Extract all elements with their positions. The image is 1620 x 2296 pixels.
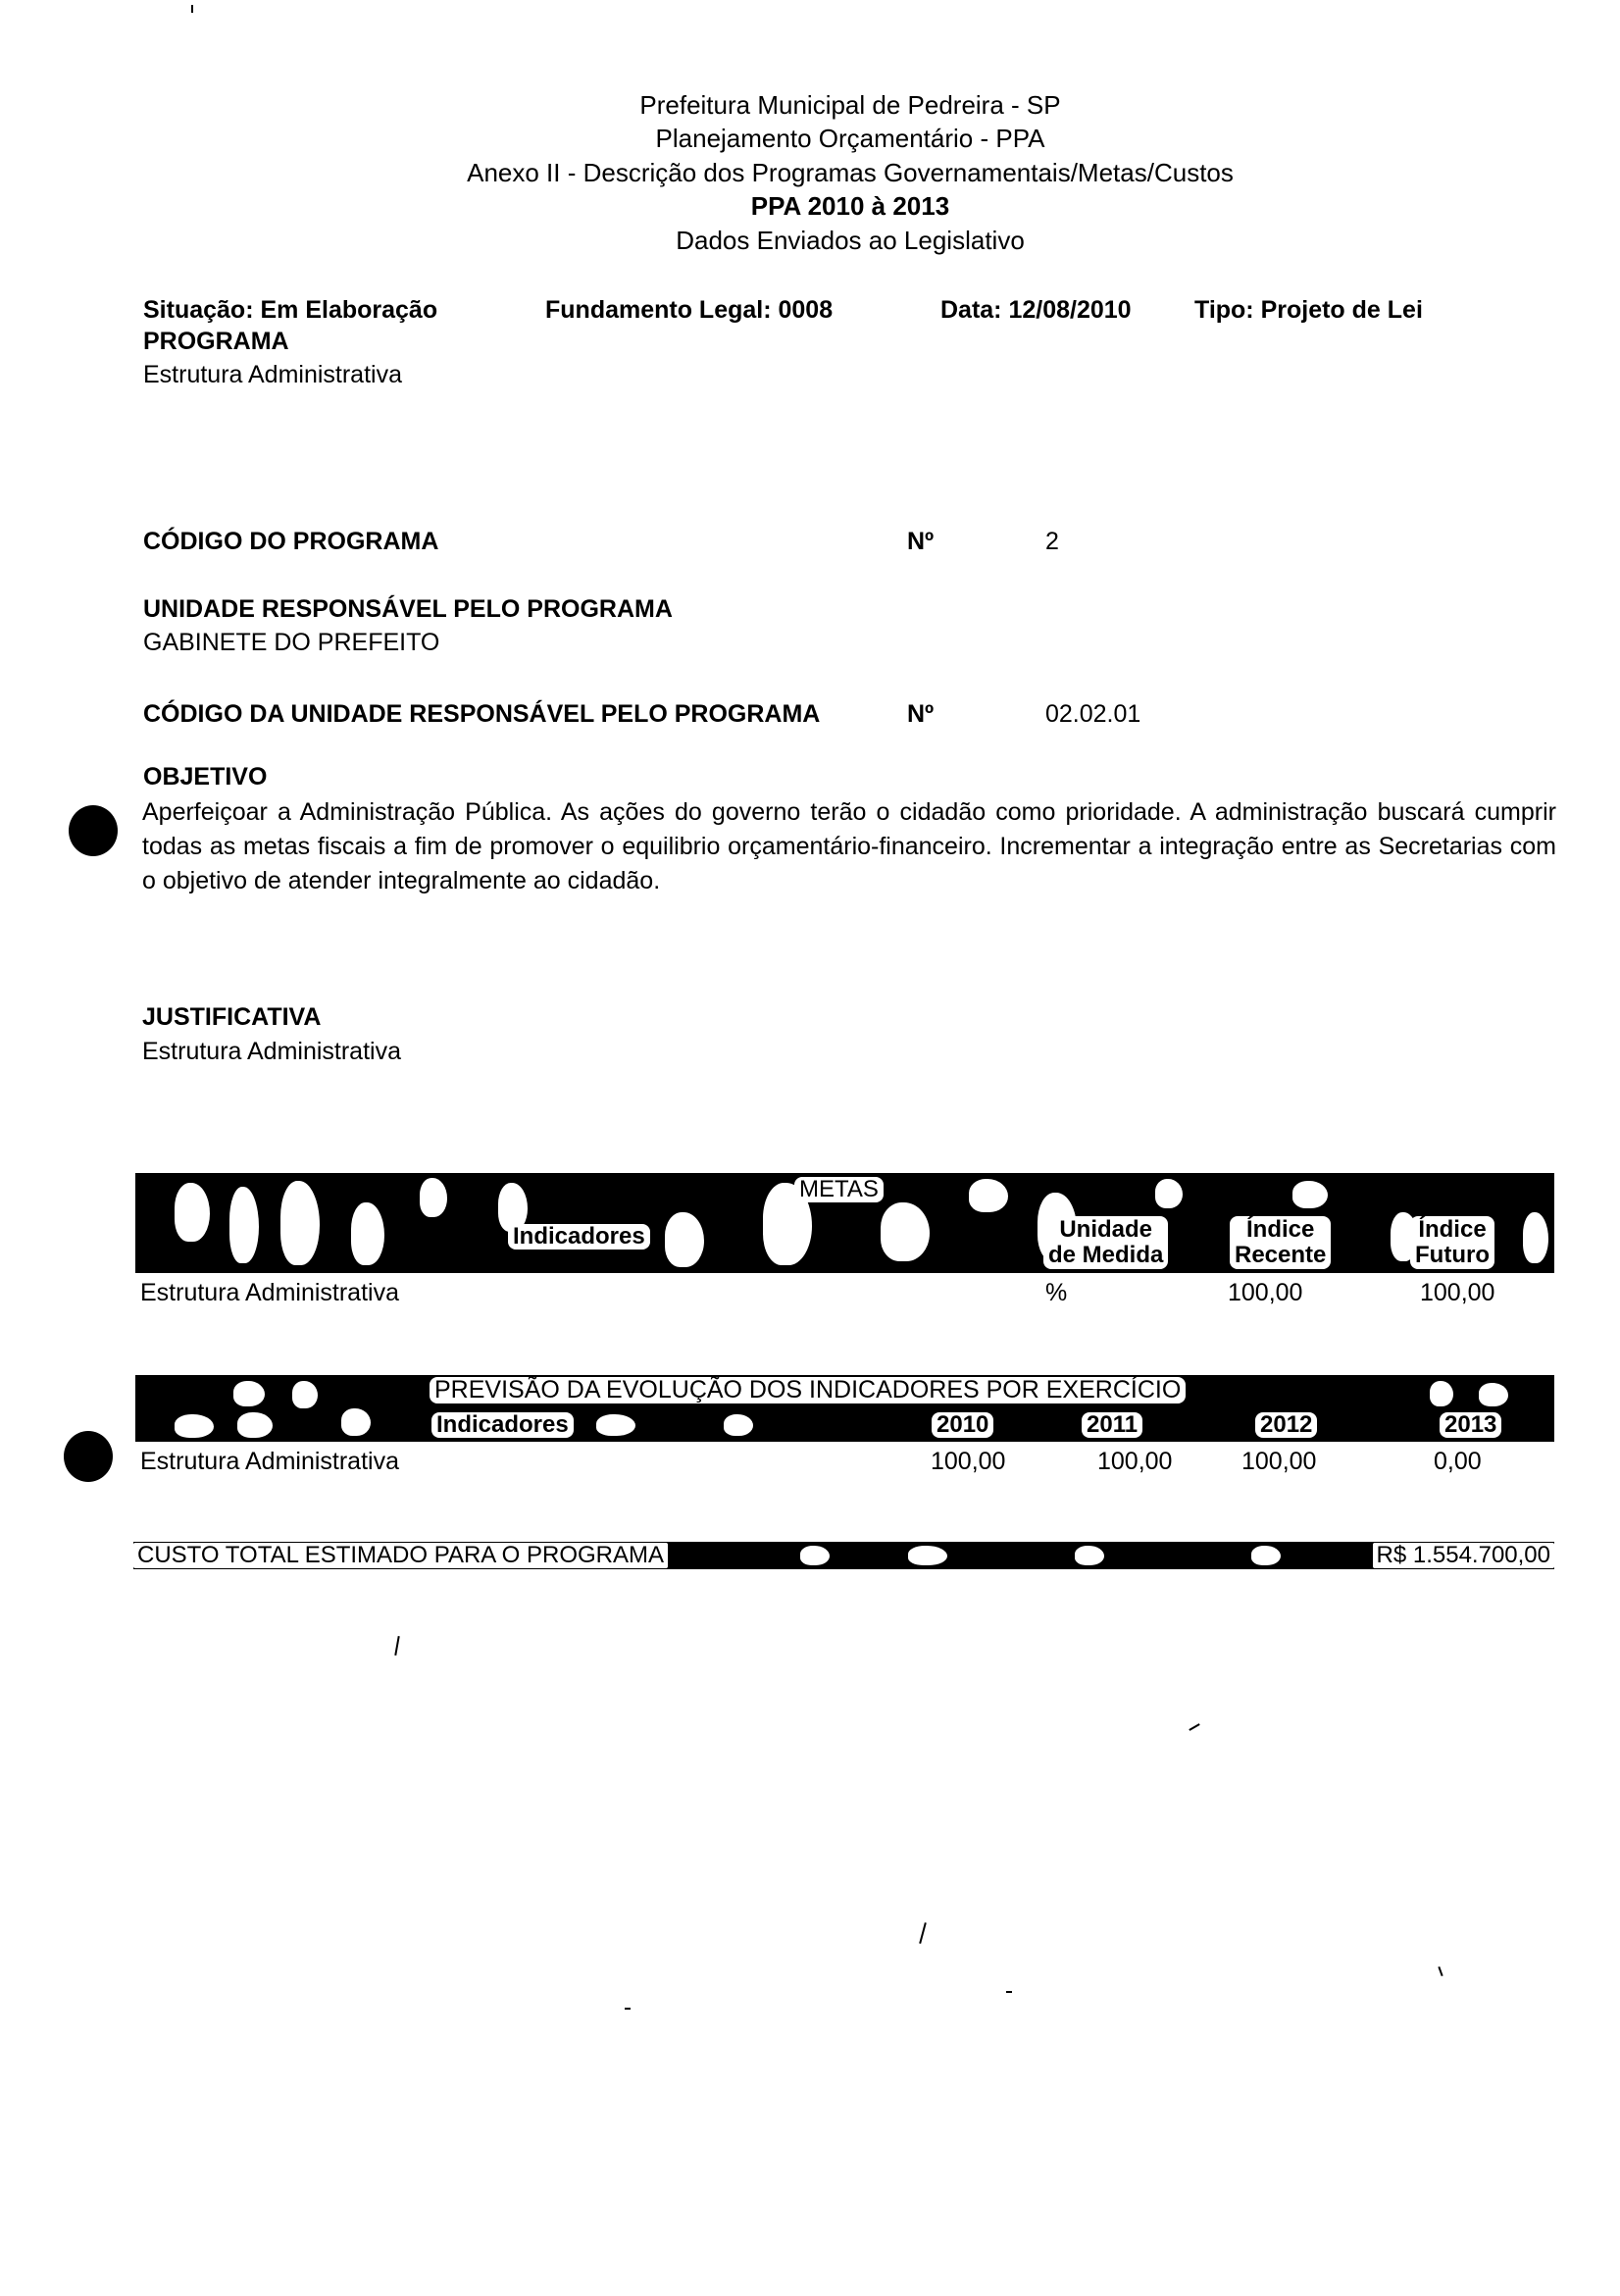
- header-sent-to-legislative: Dados Enviados ao Legislativo: [0, 228, 1620, 253]
- scan-blotch: [881, 1202, 930, 1261]
- codigo-unidade-value: 02.02.01: [1045, 702, 1140, 727]
- scan-speck: [1189, 1723, 1199, 1731]
- status-data: Data: 12/08/2010: [940, 298, 1132, 323]
- metas-header-bar: METAS Indicadores Unidade de Medida Índi…: [135, 1173, 1554, 1273]
- scan-blotch: [596, 1414, 635, 1436]
- previsao-col-2013: 2013: [1440, 1412, 1501, 1438]
- previsao-title: PREVISÃO DA EVOLUÇÃO DOS INDICADORES POR…: [430, 1377, 1186, 1403]
- metas-title: METAS: [794, 1177, 884, 1202]
- scan-speck: [1438, 1966, 1443, 1976]
- previsao-col-2011: 2011: [1082, 1412, 1142, 1438]
- header-ppa-period: PPA 2010 à 2013: [0, 193, 1620, 219]
- punch-hole-top: [69, 805, 118, 856]
- programa-value: Estrutura Administrativa: [143, 363, 402, 387]
- unidade-responsavel-value: GABINETE DO PREFEITO: [143, 631, 439, 655]
- codigo-unidade-label: CÓDIGO DA UNIDADE RESPONSÁVEL PELO PROGR…: [143, 702, 820, 727]
- scan-blotch: [800, 1546, 830, 1565]
- codigo-unidade-num-label: Nº: [907, 702, 934, 727]
- justificativa-label: JUSTIFICATIVA: [142, 1005, 321, 1030]
- justificativa-value: Estrutura Administrativa: [142, 1040, 401, 1064]
- scan-blotch: [1292, 1181, 1328, 1208]
- scan-blotch: [229, 1187, 259, 1263]
- scan-blotch: [175, 1183, 210, 1242]
- previsao-row-2012: 100,00: [1241, 1450, 1316, 1474]
- programa-label: PROGRAMA: [143, 330, 289, 354]
- scan-blotch: [1155, 1179, 1183, 1208]
- punch-hole-bottom: [64, 1431, 113, 1482]
- header-planning: Planejamento Orçamentário - PPA: [0, 126, 1620, 151]
- scan-speck: [625, 2008, 631, 2010]
- scan-blotch: [341, 1408, 371, 1436]
- metas-col-indicadores: Indicadores: [508, 1224, 650, 1250]
- previsao-col-2010: 2010: [932, 1412, 993, 1438]
- metas-row-indice-recente: 100,00: [1228, 1281, 1302, 1305]
- scan-blotch: [1430, 1381, 1453, 1406]
- status-tipo: Tipo: Projeto de Lei: [1194, 298, 1423, 323]
- previsao-col-indicadores: Indicadores: [431, 1412, 574, 1438]
- scan-blotch: [420, 1178, 447, 1217]
- scan-blotch: [1251, 1546, 1281, 1565]
- scan-blotch: [292, 1381, 318, 1408]
- previsao-row-2013: 0,00: [1434, 1450, 1482, 1474]
- scan-blotch: [1075, 1546, 1104, 1565]
- scan-blotch: [1523, 1212, 1548, 1263]
- unidade-responsavel-label: UNIDADE RESPONSÁVEL PELO PROGRAMA: [143, 597, 673, 622]
- objetivo-label: OBJETIVO: [143, 765, 267, 790]
- header-annex: Anexo II - Descrição dos Programas Gover…: [0, 160, 1620, 185]
- scan-blotch: [1479, 1383, 1508, 1406]
- custo-total-value: R$ 1.554.700,00: [1373, 1543, 1554, 1568]
- codigo-programa-label: CÓDIGO DO PROGRAMA: [143, 530, 438, 554]
- scan-blotch: [908, 1546, 947, 1565]
- scan-speck: [919, 1922, 927, 1944]
- status-fundamento-legal: Fundamento Legal: 0008: [545, 298, 833, 323]
- scan-speck: [394, 1636, 399, 1656]
- status-situacao: Situação: Em Elaboração: [143, 298, 437, 323]
- scan-blotch: [280, 1181, 320, 1265]
- custo-total-bar: CUSTO TOTAL ESTIMADO PARA O PROGRAMA R$ …: [133, 1542, 1554, 1569]
- scan-speck: [1006, 1991, 1012, 1993]
- scan-blotch: [175, 1414, 214, 1438]
- previsao-header-bar: PREVISÃO DA EVOLUÇÃO DOS INDICADORES POR…: [135, 1375, 1554, 1442]
- metas-col-indice-futuro: Índice Futuro: [1410, 1216, 1494, 1269]
- metas-row-indicador: Estrutura Administrativa: [140, 1281, 399, 1305]
- metas-col-unidade-medida: Unidade de Medida: [1043, 1216, 1168, 1269]
- scan-speck: [191, 5, 193, 13]
- objetivo-text: Aperfeiçoar a Administração Pública. As …: [142, 795, 1556, 898]
- scan-blotch: [351, 1202, 384, 1265]
- header-municipality: Prefeitura Municipal de Pedreira - SP: [0, 92, 1620, 118]
- previsao-row-indicador: Estrutura Administrativa: [140, 1450, 399, 1474]
- metas-row-unidade: %: [1045, 1281, 1067, 1305]
- codigo-programa-value: 2: [1045, 530, 1059, 554]
- previsao-row-2011: 100,00: [1097, 1450, 1172, 1474]
- scan-blotch: [969, 1179, 1008, 1212]
- previsao-col-2012: 2012: [1255, 1412, 1317, 1438]
- scan-blotch: [724, 1414, 753, 1436]
- scan-blotch: [665, 1212, 704, 1267]
- codigo-programa-num-label: Nº: [907, 530, 934, 554]
- custo-total-label: CUSTO TOTAL ESTIMADO PARA O PROGRAMA: [133, 1543, 668, 1568]
- scan-blotch: [237, 1412, 273, 1438]
- metas-row-indice-futuro: 100,00: [1420, 1281, 1494, 1305]
- previsao-row-2010: 100,00: [931, 1450, 1005, 1474]
- scan-blotch: [233, 1381, 265, 1406]
- metas-col-indice-recente: Índice Recente: [1230, 1216, 1331, 1269]
